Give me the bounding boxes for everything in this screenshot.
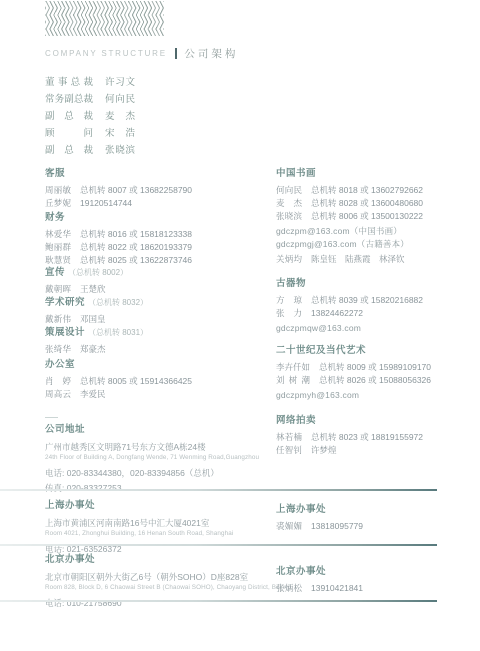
section-title: 公司地址: [45, 424, 85, 435]
contact-row: 周丽敏总机转 8007 或 13682258790: [45, 184, 192, 197]
section-title: 北京办事处: [276, 566, 326, 577]
contact-row: 刘树潮总机转 8026 或 15088056326: [276, 374, 431, 387]
section-title: 上海办事处: [276, 504, 326, 515]
address-zh: 北京市朝阳区朝外大街乙6号（朝外SOHO）D座828室: [45, 571, 291, 583]
contact-name: 李卉仟如: [276, 361, 310, 374]
contact-name: 方琼: [276, 294, 302, 307]
address-en: Room 828, Block D, 6 Chaowai Street B (C…: [45, 583, 291, 592]
contact-info: 13824462272: [311, 308, 363, 318]
section-online-auction: 网络拍卖 林若楠总机转 8023 或 18819155972 任智钊许梦煌: [276, 410, 423, 457]
section-research: 学术研究（总机转 8032） 戴新伟邓国皇: [45, 292, 148, 326]
contact-info: 总机转 8006 或 13500130222: [311, 211, 423, 221]
executive-name: 宋浩: [105, 125, 135, 139]
contact-row: 麦杰总机转 8028 或 13600480680: [276, 197, 423, 210]
contact-row: 任智钊许梦煌: [276, 444, 423, 457]
section-title: 北京办事处: [45, 554, 95, 565]
email-line: gdczpmyh@163.com: [276, 389, 431, 402]
section-title: 办公室: [45, 359, 75, 370]
contact-row: 林爱华总机转 8016 或 15818123338: [45, 228, 192, 241]
contact-name: 张力: [276, 307, 302, 320]
page: COMPANY STRUCTURE 公司架构 董事总裁许习文 常务副总裁何向民 …: [0, 0, 480, 651]
contact-name: 刘树潮: [276, 374, 310, 387]
section-note: （总机转 8031）: [88, 328, 148, 337]
email-line: gdczpm@163.com（中国书画）: [276, 225, 423, 238]
pattern-band: [45, 22, 164, 29]
contact-row: 肖婷总机转 8005 或 15914366425: [45, 375, 192, 388]
section-curation: 策展设计（总机转 8031） 张绮华郑豪杰: [45, 322, 148, 356]
pattern-band: [45, 8, 164, 15]
contact-info: 总机转 8028 或 13600480680: [311, 198, 423, 208]
contact-row: 张晓滨总机转 8006 或 13500130222: [276, 210, 423, 223]
section-publicity: 宣传（总机转 8002） 戴朝晖王楚欣: [45, 262, 128, 296]
contact-row: 张力13824462272: [276, 307, 423, 320]
section-title: 上海办事处: [45, 500, 95, 511]
section-title: 客服: [45, 168, 65, 179]
contact-name: 鲍丽群: [45, 241, 71, 254]
herringbone-pattern: [45, 1, 164, 36]
contact-info: 李爱民: [80, 389, 106, 399]
team-row: 关炳均陈皇钰 陆燕霞 林泽钦: [276, 253, 423, 266]
pattern-band: [45, 1, 164, 8]
phone-line: 电话: 010-21758690: [45, 596, 291, 611]
contact-name: 何向民: [276, 184, 302, 197]
contact-info: 许梦煌: [311, 445, 337, 455]
contact-name: 周高云: [45, 388, 71, 401]
header-title-en: COMPANY STRUCTURE: [45, 49, 167, 58]
contact-info: 13910421841: [311, 583, 363, 593]
contact-info: 总机转 8018 或 13602792662: [311, 185, 423, 195]
executive-row: 副总裁麦杰: [45, 108, 135, 125]
contact-row: 鲍丽群总机转 8022 或 18620193379: [45, 241, 192, 254]
contact-name: 关炳均: [276, 253, 302, 266]
contact-row: 周高云李爱民: [45, 388, 192, 401]
section-chinese-painting: 中国书画 何向民总机转 8018 或 13602792662 麦杰总机转 802…: [276, 163, 423, 266]
contact-info: 总机转 8007 或 13682258790: [80, 185, 192, 195]
section-shanghai-office: 上海办事处 上海市黄浦区河南南路16号中汇大厦4021室 Room 4021, …: [45, 495, 233, 557]
executive-name: 张晓滨: [105, 142, 135, 156]
address-en: Room 4021, Zhonghui Building, 16 Henan S…: [45, 529, 233, 538]
contact-row: 林若楠总机转 8023 或 18819155972: [276, 431, 423, 444]
page-header: COMPANY STRUCTURE 公司架构: [45, 46, 238, 60]
contact-info: 郑豪杰: [80, 344, 106, 354]
section-note: （总机转 8032）: [88, 298, 148, 307]
section-title: 二十世纪及当代艺术: [276, 345, 366, 356]
pattern-band: [45, 15, 164, 22]
address-en: 24th Floor of Building A, Dongfang Wende…: [45, 453, 259, 462]
email-line: gdczpmqw@163.com: [276, 322, 423, 335]
contact-name: 裘媚媚: [276, 520, 302, 533]
executive-row: 副总裁张晓滨: [45, 142, 135, 159]
executive-name: 何向民: [105, 91, 135, 105]
contact-name: 张炳松: [276, 582, 302, 595]
contact-row: 李卉仟如总机转 8009 或 15989109170: [276, 361, 431, 374]
section-title: 古器物: [276, 278, 306, 289]
section-customer-service: 客服 周丽敏总机转 8007 或 13682258790 丘梦妮19120514…: [45, 163, 192, 210]
section-title: 宣传: [45, 267, 65, 278]
contact-row: 何向民总机转 8018 或 13602792662: [276, 184, 423, 197]
contact-name: 肖婷: [45, 375, 71, 388]
divider-line: [0, 544, 437, 546]
section-shanghai-office-contact: 上海办事处 裘媚媚13818095779: [276, 499, 363, 533]
section-company-address: 公司地址 广州市越秀区文明路71号东方文德A栋24楼 24th Floor of…: [45, 419, 259, 496]
section-beijing-office-contact: 北京办事处 张炳松13910421841: [276, 561, 363, 595]
contact-name: 张晓滨: [276, 210, 302, 223]
executive-title: 副总裁: [45, 108, 93, 122]
pattern-band: [45, 29, 164, 36]
contact-row: 张炳松13910421841: [276, 582, 363, 595]
divider-line: [0, 489, 437, 491]
section-office: 办公室 肖婷总机转 8005 或 15914366425 周高云李爱民: [45, 354, 192, 401]
contact-info: 总机转 8009 或 15989109170: [319, 362, 431, 372]
email-line: gdczpmgj@163.com（古籍善本）: [276, 238, 423, 251]
section-title: 中国书画: [276, 168, 316, 179]
contact-name: 任智钊: [276, 444, 302, 457]
executive-name: 麦杰: [105, 108, 135, 122]
section-title: 网络拍卖: [276, 415, 316, 426]
contact-info: 总机转 8039 或 15820216882: [311, 295, 423, 305]
team-names: 陈皇钰 陆燕霞 林泽钦: [311, 254, 405, 264]
contact-info: 总机转 8005 或 15914366425: [80, 376, 192, 386]
executive-title: 常务副总裁: [45, 91, 93, 105]
contact-name: 林若楠: [276, 431, 302, 444]
section-finance: 财务 林爱华总机转 8016 或 15818123338 鲍丽群总机转 8022…: [45, 207, 192, 267]
contact-name: 麦杰: [276, 197, 302, 210]
executive-list: 董事总裁许习文 常务副总裁何向民 副总裁麦杰 顾问宋浩 副总裁张晓滨: [45, 74, 135, 159]
section-antiques: 古器物 方琼总机转 8039 或 15820216882 张力138244622…: [276, 273, 423, 335]
section-title: 财务: [45, 212, 65, 223]
address-zh: 上海市黄浦区河南南路16号中汇大厦4021室: [45, 517, 233, 529]
section-contemporary-art: 二十世纪及当代艺术 李卉仟如总机转 8009 或 15989109170 刘树潮…: [276, 340, 431, 402]
executive-title: 顾问: [45, 125, 93, 139]
section-title: 学术研究: [45, 297, 85, 308]
contact-info: 总机转 8023 或 18819155972: [311, 432, 423, 442]
section-note: （总机转 8002）: [68, 268, 128, 277]
executive-title: 董事总裁: [45, 74, 93, 88]
contact-info: 总机转 8022 或 18620193379: [80, 242, 192, 252]
executive-name: 许习文: [105, 74, 135, 88]
executive-title: 副总裁: [45, 142, 93, 156]
contact-info: 13818095779: [311, 521, 363, 531]
contact-name: 林爱华: [45, 228, 71, 241]
header-divider-bar: [175, 48, 178, 59]
contact-row: 方琼总机转 8039 或 15820216882: [276, 294, 423, 307]
address-zh: 广州市越秀区文明路71号东方文德A栋24楼: [45, 441, 259, 453]
phone-line: 电话: 020-83344380，020-83394856（总机）: [45, 466, 259, 481]
contact-row: 裘媚媚13818095779: [276, 520, 363, 533]
contact-info: 总机转 8026 或 15088056326: [319, 375, 431, 385]
header-title-zh: 公司架构: [184, 46, 238, 61]
executive-row: 董事总裁许习文: [45, 74, 135, 91]
executive-row: 常务副总裁何向民: [45, 91, 135, 108]
divider-line: [0, 600, 437, 602]
contact-info: 总机转 8016 或 15818123338: [80, 229, 192, 239]
contact-name: 周丽敏: [45, 184, 71, 197]
section-title: 策展设计: [45, 327, 85, 338]
executive-row: 顾问宋浩: [45, 125, 135, 142]
mini-dash: [45, 417, 58, 418]
